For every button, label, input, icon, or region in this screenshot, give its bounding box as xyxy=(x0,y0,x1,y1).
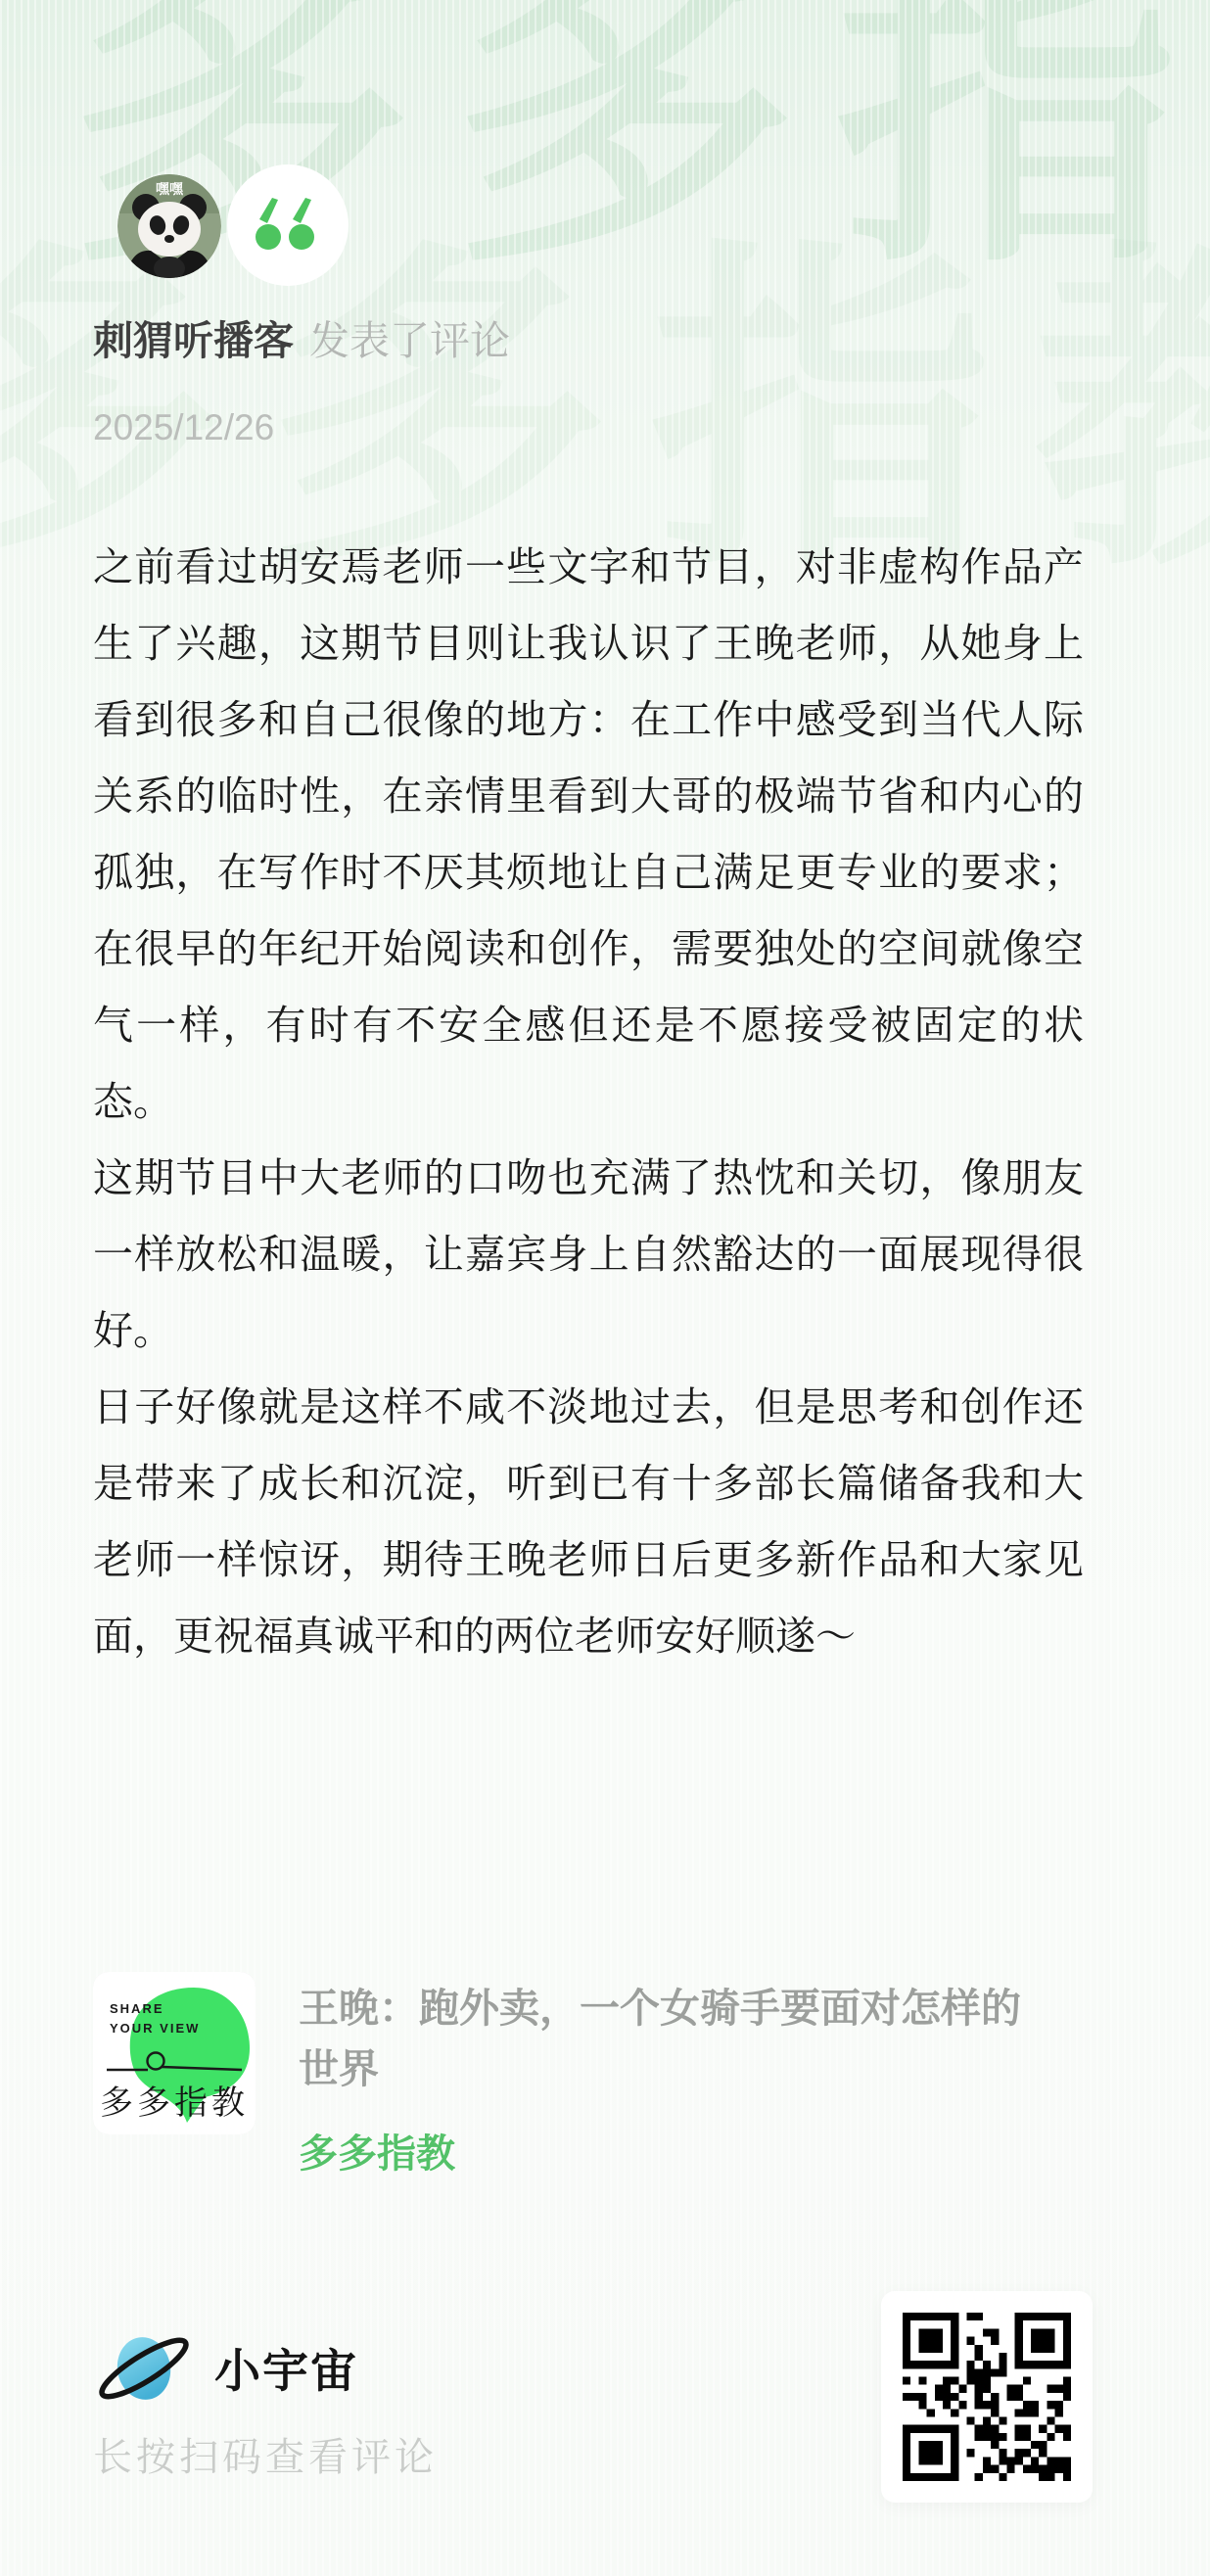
episode-card: SHARE YOUR VIEW 多多指教 王晚：跑外卖，一个女骑手要面对怎样的世… xyxy=(93,1972,1117,2178)
panda-avatar-image: 嘿嘿 xyxy=(117,174,221,278)
qr-code xyxy=(903,2313,1071,2481)
episode-cover-illustration: SHARE YOUR VIEW 多多指教 xyxy=(93,1972,256,2134)
footer-brand: 小宇宙 xyxy=(93,2322,358,2412)
episode-info: 王晚：跑外卖，一个女骑手要面对怎样的世界 多多指教 xyxy=(299,1972,1043,2178)
comment-paragraph-2: 这期节目中大老师的口吻也充满了热忱和关切，像朋友一样放松和温暖，让嘉宾身上自然豁… xyxy=(93,1140,1084,1369)
brand-name: 小宇宙 xyxy=(214,2335,358,2401)
comment-paragraph-3: 日子好像就是这样不咸不淡地过去，但是思考和创作还是带来了成长和沉淀，听到已有十多… xyxy=(93,1369,1084,1674)
cover-tagline-line1: SHARE xyxy=(110,2001,164,2016)
quote-bubble xyxy=(227,164,349,286)
podcast-name: 多多指教 xyxy=(299,2123,1043,2178)
quote-icon xyxy=(256,198,320,253)
episode-cover-art: SHARE YOUR VIEW 多多指教 xyxy=(93,1972,256,2134)
byline-action-text: 发表了评论 xyxy=(309,318,510,363)
comment-body: 之前看过胡安焉老师一些文字和节目，对非虚构作品产生了兴趣，这期节目则让我认识了王… xyxy=(93,529,1084,1674)
qr-card xyxy=(881,2291,1093,2503)
byline: 刺猬听播客发表了评论 xyxy=(93,315,510,366)
commenter-username: 刺猬听播客 xyxy=(93,318,294,363)
cover-show-name: 多多指教 xyxy=(100,2084,249,2122)
comment-date: 2025/12/26 xyxy=(93,407,274,448)
episode-title: 王晚：跑外卖，一个女骑手要面对怎样的世界 xyxy=(299,1978,1043,2099)
footer-caption: 长按扫码查看评论 xyxy=(93,2426,438,2482)
avatar: 嘿嘿 xyxy=(117,174,221,278)
comment-paragraph-1: 之前看过胡安焉老师一些文字和节目，对非虚构作品产生了兴趣，这期节目则让我认识了王… xyxy=(93,529,1084,1140)
xiaoyuzhou-planet-logo xyxy=(93,2322,203,2412)
cover-tagline-line2: YOUR VIEW xyxy=(110,2021,200,2036)
avatar-overlay-text: 嘿嘿 xyxy=(156,181,184,197)
